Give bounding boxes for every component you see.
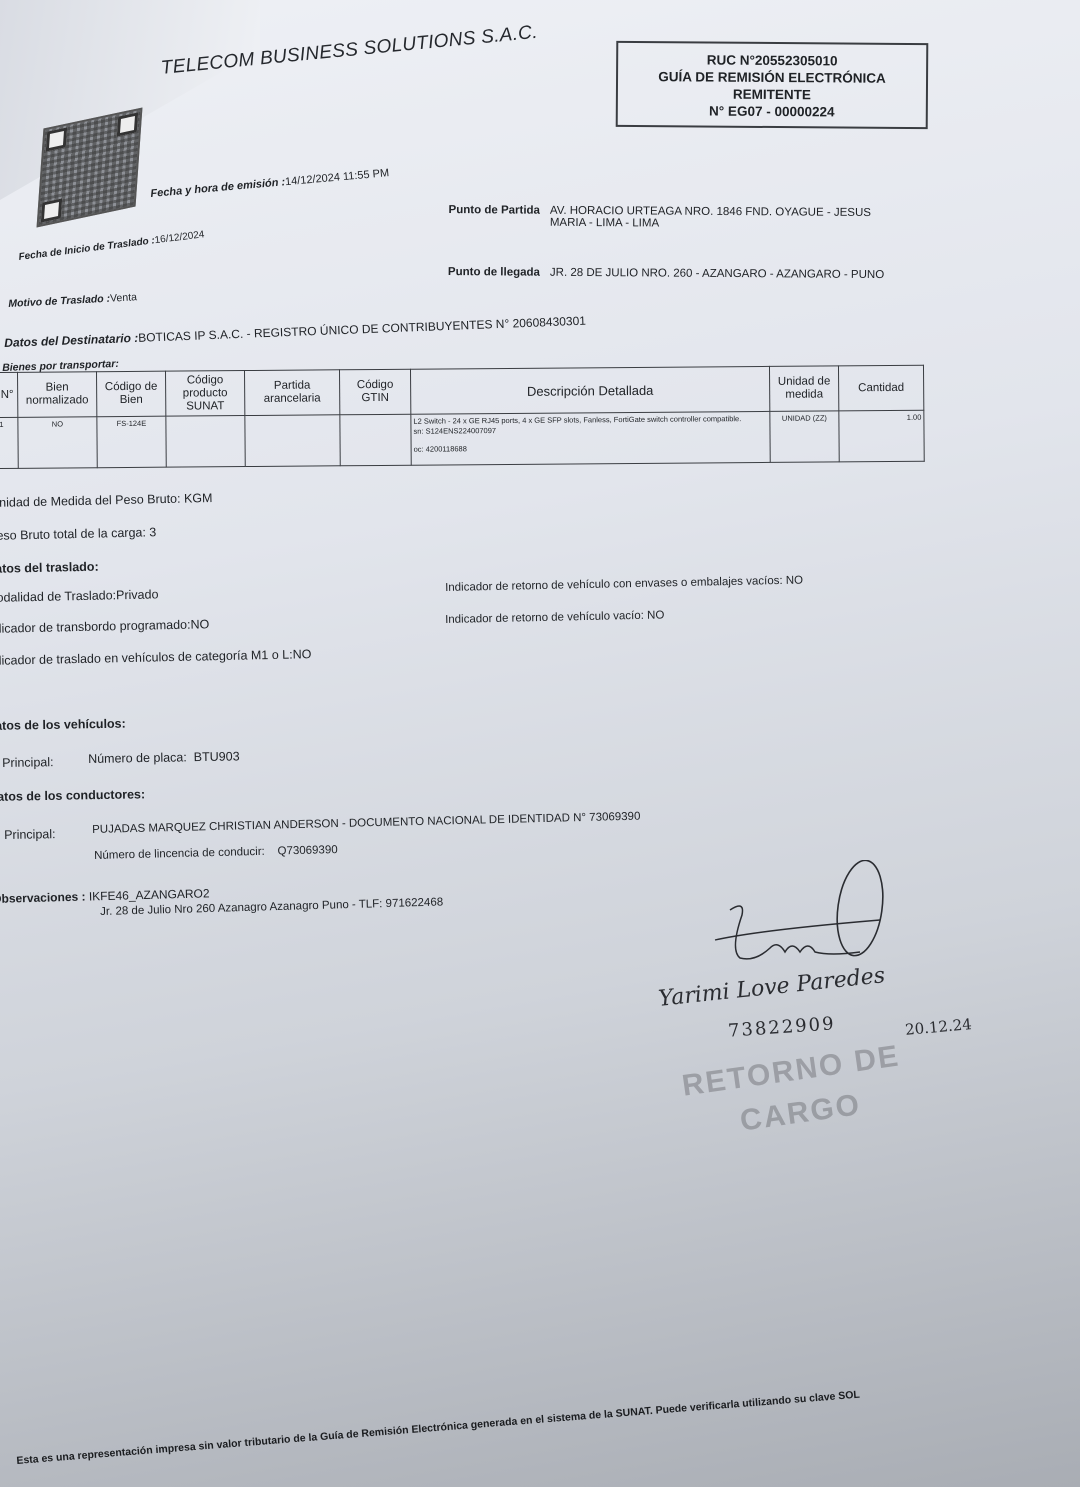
table-row: 1 NO FS-124E L2 Switch - 24 x GE RJ45 po… (0, 410, 924, 468)
cell-tariff (245, 415, 340, 467)
cell-quantity: 1.00 (839, 410, 924, 462)
qr-code-icon (37, 107, 143, 227)
weight-total: Peso Bruto total de la carga: 3 (0, 525, 156, 543)
cell-gtin (340, 414, 411, 466)
vehicle-plate: Número de placa: BTU903 (88, 749, 240, 766)
origin-address: Punto de Partida AV. HORACIO URTEAGA NRO… (440, 204, 900, 231)
signature-area: Yarimi Love Paredes 73822909 20.12.24 RE… (650, 860, 1010, 1140)
transfer-reason: Motivo de Traslado :Venta (8, 291, 137, 310)
col-gtin: Código GTIN (339, 369, 410, 415)
cell-normalized: NO (18, 417, 97, 469)
driver-name: PUJADAS MARQUEZ CHRISTIAN ANDERSON - DOC… (92, 811, 641, 836)
cell-unit: UNIDAD (ZZ) (770, 411, 839, 463)
qr-finder-icon (117, 112, 138, 136)
col-tariff: Partida arancelaria (244, 370, 339, 416)
cell-description: L2 Switch - 24 x GE RJ45 ports, 4 x GE S… (411, 411, 770, 465)
drivers-section-title: Datos de los conductores: (0, 787, 145, 804)
issue-date: Fecha y hora de emisión :14/12/2024 11:5… (150, 167, 390, 200)
document-subtype: REMITENTE (618, 85, 926, 104)
cell-sunat-code (166, 416, 245, 468)
cell-item-code: FS-124E (97, 416, 166, 468)
recipient: Datos del Destinatario :BOTICAS IP S.A.C… (4, 314, 586, 350)
document-number: N° EG07 - 00000224 (618, 102, 926, 121)
weight-unit: Unidad de Medida del Peso Bruto: KGM (0, 491, 213, 510)
driver-principal-label: Principal: (4, 827, 56, 842)
qr-finder-icon (41, 198, 62, 222)
transfer-start-date: Fecha de Inicio de Traslado :16/12/2024 (18, 229, 205, 263)
col-number: N° (0, 372, 18, 417)
col-sunat-code: Código producto SUNAT (165, 371, 244, 417)
col-quantity: Cantidad (838, 365, 923, 411)
ruc-box: RUC N°20552305010 GUÍA DE REMISIÓN ELECT… (616, 41, 929, 129)
document-type: GUÍA DE REMISIÓN ELECTRÓNICA (618, 68, 926, 87)
legal-footer: Esta es una representación impresa sin v… (16, 1389, 860, 1467)
return-packaging-indicator: Indicador de retorno de vehículo con env… (445, 575, 803, 594)
table-header-row: N° Bien normalizado Código de Bien Códig… (0, 365, 924, 417)
stamp-line-2: CARGO (738, 1088, 863, 1139)
handwritten-signature-icon (700, 860, 900, 970)
return-empty-indicator: Indicador de retorno de vehículo vacío: … (445, 609, 664, 626)
signer-dni: 73822909 (727, 1013, 836, 1041)
col-description: Descripción Detallada (410, 366, 769, 414)
qr-finder-icon (46, 127, 67, 151)
signature-date: 20.12.24 (904, 1015, 972, 1039)
destination-address: Punto de llegada JR. 28 DE JULIO NRO. 26… (440, 266, 970, 282)
goods-table: N° Bien normalizado Código de Bien Códig… (0, 365, 925, 469)
signer-name: Yarimi Love Paredes (657, 963, 886, 1012)
col-item-code: Código de Bien (97, 371, 166, 417)
transshipment-indicator: Indicador de transbordo programado:NO (0, 617, 209, 636)
transfer-modality: Modalidad de Traslado:Privado (0, 587, 159, 605)
cell-number: 1 (0, 417, 18, 468)
col-normalized: Bien normalizado (18, 372, 97, 418)
m1-category-indicator: Indicador de traslado en vehículos de ca… (0, 647, 312, 668)
driver-license: Número de lincencia de conducir: Q730693… (94, 844, 338, 862)
ruc-number: RUC N°20552305010 (618, 51, 926, 70)
col-unit: Unidad de medida (769, 366, 838, 412)
stamp-line-1: RETORNO DE (680, 1039, 902, 1103)
transfer-section-title: Datos del traslado: (0, 560, 99, 576)
vehicle-principal-label: Principal: (2, 755, 54, 770)
vehicles-section-title: Datos de los vehículos: (0, 717, 126, 733)
